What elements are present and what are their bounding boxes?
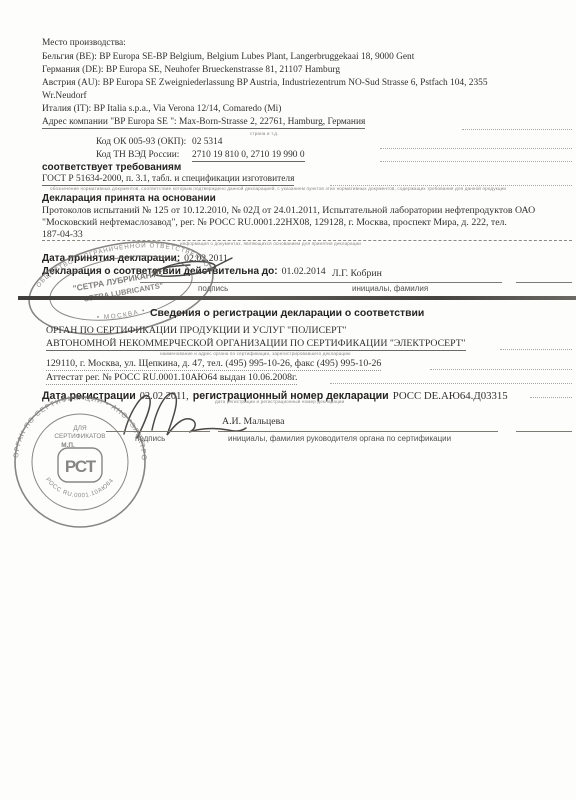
basis-heading: Декларация принята на основании [42,193,216,204]
registration-org-line1: ОРГАН ПО СЕРТИФИКАЦИИ ПРОДУКЦИИ И УСЛУГ … [46,325,347,336]
registration-number-value: РОСС DE.АЮ64.Д03315 [393,390,508,402]
leader-line [380,147,572,149]
company-address: Адрес компании "BP Europa SE ": Max-Born… [42,117,365,129]
registration-heading: Сведения о регистрации декларации о соот… [150,308,424,319]
stamp1-city-text: • МОСКВА • [96,305,147,323]
leader-line [500,348,572,350]
stamp2-center-line2: СЕРТИФИКАТОВ [54,433,105,440]
requirements-caption: обозначение нормативных документов, соот… [50,186,506,191]
production-place-label: Место производства: [42,38,126,48]
leader-line [530,396,572,398]
company-address-caption: страна и т.д. [250,131,279,136]
stamp2-center-line1: ДЛЯ [73,425,87,432]
scanned-declaration-page: Место производства: Бельгия (BE): BP Eur… [0,0,576,800]
basis-line2: "Московский нефтемаслозавод", рег. № РОС… [42,217,507,228]
production-line-germany: Германия (DE): BP Europa SE, Neuhofer Br… [42,65,340,75]
basis-line1: Протоколов испытаний № 125 от 10.12.2010… [42,205,535,216]
tnved-code-value: 2710 19 810 0, 2710 19 990 0 [192,150,305,162]
signature2-name: А.И. Мальцева [222,416,284,427]
validity-date-value: 01.02.2014 [282,266,326,277]
registration-org-line2: АВТОНОМНОЙ НЕКОММЕРЧЕСКОЙ ОРГАНИЗАЦИИ ПО… [46,338,466,351]
production-line-italy: Италия (IT): BP Italia s.p.a., Via Veron… [42,104,281,114]
rst-logo: РСТ [65,457,97,476]
registration-org-caption: наименование и адрес органа по сертифика… [160,351,351,356]
signature1-extra-line [516,281,572,283]
okp-code-label: Код ОК 005-93 (ОКП): [96,137,186,147]
signature1-name-line [326,281,502,283]
tnved-code-label: Код ТН ВЭД России: [96,150,179,160]
production-line-austria-wrap: Wr.Neudorf [42,91,87,101]
svg-text:• МОСКВА •: • МОСКВА • [96,305,147,323]
leader-line [380,160,572,162]
certification-stamp: ОРГАН ПО СЕРТИФИКАЦИИ • АНО "ЭЛЕКТРОСЕРТ… [10,392,150,532]
okp-code-value: 02 5314 [192,137,222,147]
leader-line [462,128,572,130]
registration-attestat: Аттестат рег. № РОСС RU.0001.10АЮ64 выда… [46,372,297,385]
leader-line [330,382,572,384]
production-line-belgium: Бельгия (BE): BP Europa SE-BP Belgium, B… [42,52,414,62]
production-line-austria: Австрия (AU): BP Europa SE Zweigniederla… [42,78,488,88]
requirements-heading: соответствует требованиям [42,162,181,173]
signature2-name-caption: инициалы, фамилия руководителя органа по… [228,434,451,443]
signature1-name-caption: инициалы, фамилия [352,284,428,293]
leader-line [430,368,572,370]
signature2-name-line [218,430,498,432]
section-divider [18,296,576,300]
requirements-value: ГОСТ Р 51634-2000, п. 3.1, табл. и специ… [42,174,294,186]
signature1-name: Л.Г. Кобрин [332,268,382,279]
signature2-extra-line [516,430,572,432]
stamp2-number-arc: РОСС RU.0001.10АЮ64 [44,477,115,499]
svg-text:РОСС RU.0001.10АЮ64: РОСС RU.0001.10АЮ64 [44,477,115,499]
registration-org-address: 129110, г. Москва, ул. Щепкина, д. 47, т… [46,358,381,371]
